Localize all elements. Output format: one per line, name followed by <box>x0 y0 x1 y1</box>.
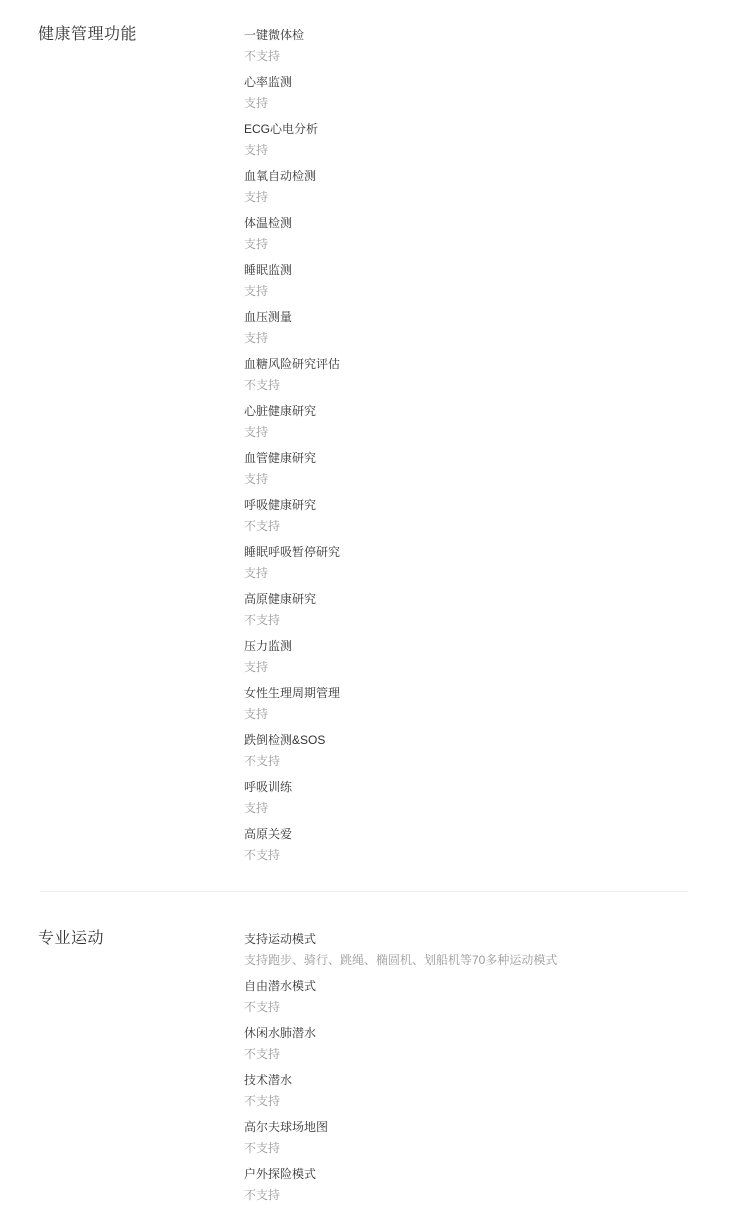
spec-item: 支持运动模式 支持跑步、骑行、跳绳、椭圆机、划船机等70多种运动模式 <box>244 931 706 969</box>
spec-item-label: 呼吸健康研究 <box>244 497 706 514</box>
spec-item: 压力监测 支持 <box>244 638 706 676</box>
section-items-column: 一键微体检 不支持 心率监测 支持 ECG心电分析 支持 血氧自动检测 支持 体… <box>244 24 706 864</box>
spec-item-label: 睡眠监测 <box>244 262 706 279</box>
spec-item-value: 不支持 <box>244 48 706 65</box>
spec-item-label: 高尔夫球场地图 <box>244 1119 706 1136</box>
spec-item: 休闲水肺潜水 不支持 <box>244 1025 706 1063</box>
spec-item-label: 心率监测 <box>244 74 706 91</box>
spec-item: 跌倒检测&SOS 不支持 <box>244 732 706 770</box>
spec-item: 呼吸训练 支持 <box>244 779 706 817</box>
spec-item-value: 不支持 <box>244 1093 706 1110</box>
spec-item: 血糖风险研究评估 不支持 <box>244 356 706 394</box>
spec-sections-container: 健康管理功能 一键微体检 不支持 心率监测 支持 ECG心电分析 支持 血氧自动… <box>0 0 744 1231</box>
spec-item-value: 支持 <box>244 565 706 582</box>
spec-section: 专业运动 支持运动模式 支持跑步、骑行、跳绳、椭圆机、划船机等70多种运动模式 … <box>0 892 744 1231</box>
spec-item-value: 支持 <box>244 236 706 253</box>
spec-item-label: 女性生理周期管理 <box>244 685 706 702</box>
spec-item-value: 支持 <box>244 283 706 300</box>
spec-item: 体温检测 支持 <box>244 215 706 253</box>
spec-item: 睡眠监测 支持 <box>244 262 706 300</box>
spec-item: 呼吸健康研究 不支持 <box>244 497 706 535</box>
spec-item: 高尔夫球场地图 不支持 <box>244 1119 706 1157</box>
spec-item-label: 睡眠呼吸暂停研究 <box>244 544 706 561</box>
spec-item-label: 一键微体检 <box>244 27 706 44</box>
spec-item-label: 高原关爱 <box>244 826 706 843</box>
spec-item: 女性生理周期管理 支持 <box>244 685 706 723</box>
section-header-column: 健康管理功能 <box>38 24 244 46</box>
spec-item-label: 支持运动模式 <box>244 931 706 948</box>
section-header-column: 专业运动 <box>38 928 244 950</box>
spec-item-label: 血糖风险研究评估 <box>244 356 706 373</box>
spec-item-value: 支持 <box>244 330 706 347</box>
spec-item-label: 高原健康研究 <box>244 591 706 608</box>
spec-item-label: 休闲水肺潜水 <box>244 1025 706 1042</box>
spec-item-value: 不支持 <box>244 1187 706 1204</box>
spec-item: 血压测量 支持 <box>244 309 706 347</box>
spec-item-value: 支持 <box>244 800 706 817</box>
spec-item-value: 不支持 <box>244 1140 706 1157</box>
spec-item-value: 支持跑步、骑行、跳绳、椭圆机、划船机等70多种运动模式 <box>244 952 706 969</box>
spec-item-value: 支持 <box>244 142 706 159</box>
spec-item-label: 心脏健康研究 <box>244 403 706 420</box>
spec-item: 血管健康研究 支持 <box>244 450 706 488</box>
spec-item-value: 不支持 <box>244 518 706 535</box>
spec-item-label: 跌倒检测&SOS <box>244 732 706 749</box>
spec-item-label: 血氧自动检测 <box>244 168 706 185</box>
spec-item: 自由潜水模式 不支持 <box>244 978 706 1016</box>
spec-item-value: 不支持 <box>244 847 706 864</box>
spec-item-value: 不支持 <box>244 377 706 394</box>
spec-item-label: 压力监测 <box>244 638 706 655</box>
spec-item-label: 血压测量 <box>244 309 706 326</box>
spec-item-label: ECG心电分析 <box>244 121 706 138</box>
spec-item: 高原关爱 不支持 <box>244 826 706 864</box>
spec-item: 户外探险模式 不支持 <box>244 1166 706 1204</box>
spec-item: 心率监测 支持 <box>244 74 706 112</box>
spec-item-label: 血管健康研究 <box>244 450 706 467</box>
spec-item-value: 不支持 <box>244 753 706 770</box>
spec-item-label: 自由潜水模式 <box>244 978 706 995</box>
spec-item: 心脏健康研究 支持 <box>244 403 706 441</box>
section-items-column: 支持运动模式 支持跑步、骑行、跳绳、椭圆机、划船机等70多种运动模式 自由潜水模… <box>244 928 706 1204</box>
spec-item-value: 不支持 <box>244 1046 706 1063</box>
spec-item-label: 技术潜水 <box>244 1072 706 1089</box>
spec-item-value: 支持 <box>244 189 706 206</box>
spec-item: ECG心电分析 支持 <box>244 121 706 159</box>
spec-item-value: 支持 <box>244 471 706 488</box>
spec-item: 一键微体检 不支持 <box>244 27 706 65</box>
spec-item-label: 户外探险模式 <box>244 1166 706 1183</box>
spec-item-value: 支持 <box>244 424 706 441</box>
section-title: 健康管理功能 <box>38 24 244 46</box>
spec-page: 健康管理功能 一键微体检 不支持 心率监测 支持 ECG心电分析 支持 血氧自动… <box>0 0 744 1231</box>
spec-item-value: 支持 <box>244 659 706 676</box>
spec-item-label: 体温检测 <box>244 215 706 232</box>
section-title: 专业运动 <box>38 928 244 950</box>
spec-item-value: 不支持 <box>244 999 706 1016</box>
spec-item-value: 不支持 <box>244 612 706 629</box>
spec-item: 血氧自动检测 支持 <box>244 168 706 206</box>
spec-item: 睡眠呼吸暂停研究 支持 <box>244 544 706 582</box>
spec-section: 健康管理功能 一键微体检 不支持 心率监测 支持 ECG心电分析 支持 血氧自动… <box>0 0 744 891</box>
spec-item: 高原健康研究 不支持 <box>244 591 706 629</box>
spec-item-value: 支持 <box>244 706 706 723</box>
spec-item-value: 支持 <box>244 95 706 112</box>
spec-item: 技术潜水 不支持 <box>244 1072 706 1110</box>
spec-item-label: 呼吸训练 <box>244 779 706 796</box>
